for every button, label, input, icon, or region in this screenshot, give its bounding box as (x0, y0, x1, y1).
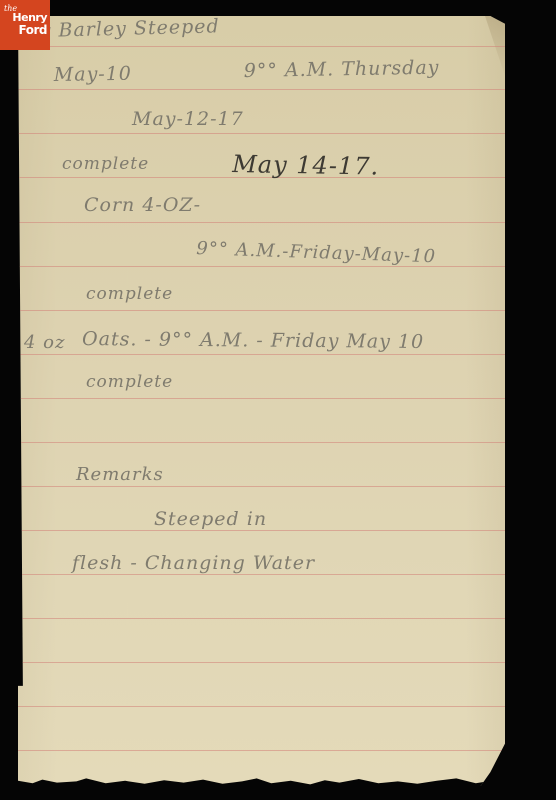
handwriting-steeped-in: Steeped in (154, 508, 267, 530)
handwriting-remarks: Remarks (76, 464, 164, 485)
ruled-line (18, 486, 505, 487)
ruled-line (18, 706, 505, 707)
ruled-line (18, 442, 505, 443)
handwriting-changing-water: flesh - Changing Water (72, 552, 315, 574)
handwriting-complete-1: complete (62, 154, 149, 174)
ruled-line (18, 530, 505, 531)
handwriting-may-14-17: May 14-17. (232, 150, 379, 181)
ruled-line (18, 89, 505, 90)
lined-paper-page (18, 16, 505, 786)
handwriting-complete-2: complete (86, 284, 173, 304)
ruled-line (18, 354, 505, 355)
ruled-line (18, 222, 505, 223)
ruled-line (18, 310, 505, 311)
handwriting-corn-4oz: Corn 4-OZ- (84, 194, 201, 216)
ruled-line (18, 574, 505, 575)
ruled-line (18, 46, 505, 47)
handwriting-may-12-17: May-12-17 (132, 108, 244, 130)
ruled-line (18, 398, 505, 399)
handwriting-9am-thursday: 9°° A.M. Thursday (244, 57, 440, 82)
handwriting-barley-steeped: y Barley Steeped (39, 15, 219, 42)
henry-ford-logo[interactable]: the Henry Ford (0, 0, 50, 50)
logo-ford: Ford (4, 24, 47, 36)
handwriting-oats-friday-may-10: Oats. - 9°° A.M. - Friday May 10 (82, 328, 424, 353)
ruled-line (18, 618, 505, 619)
ruled-line (18, 662, 505, 663)
handwriting-4oz: 4 oz (24, 332, 66, 353)
logo-henry: Henry (4, 12, 47, 23)
ruled-line (18, 133, 505, 134)
document-viewer: the Henry Ford y Barley Steeped May-10 9… (0, 0, 556, 800)
handwriting-may-10: May-10 (54, 63, 132, 86)
ruled-line (18, 750, 505, 751)
torn-bottom-edge (18, 776, 505, 788)
handwriting-complete-3: complete (86, 372, 173, 392)
